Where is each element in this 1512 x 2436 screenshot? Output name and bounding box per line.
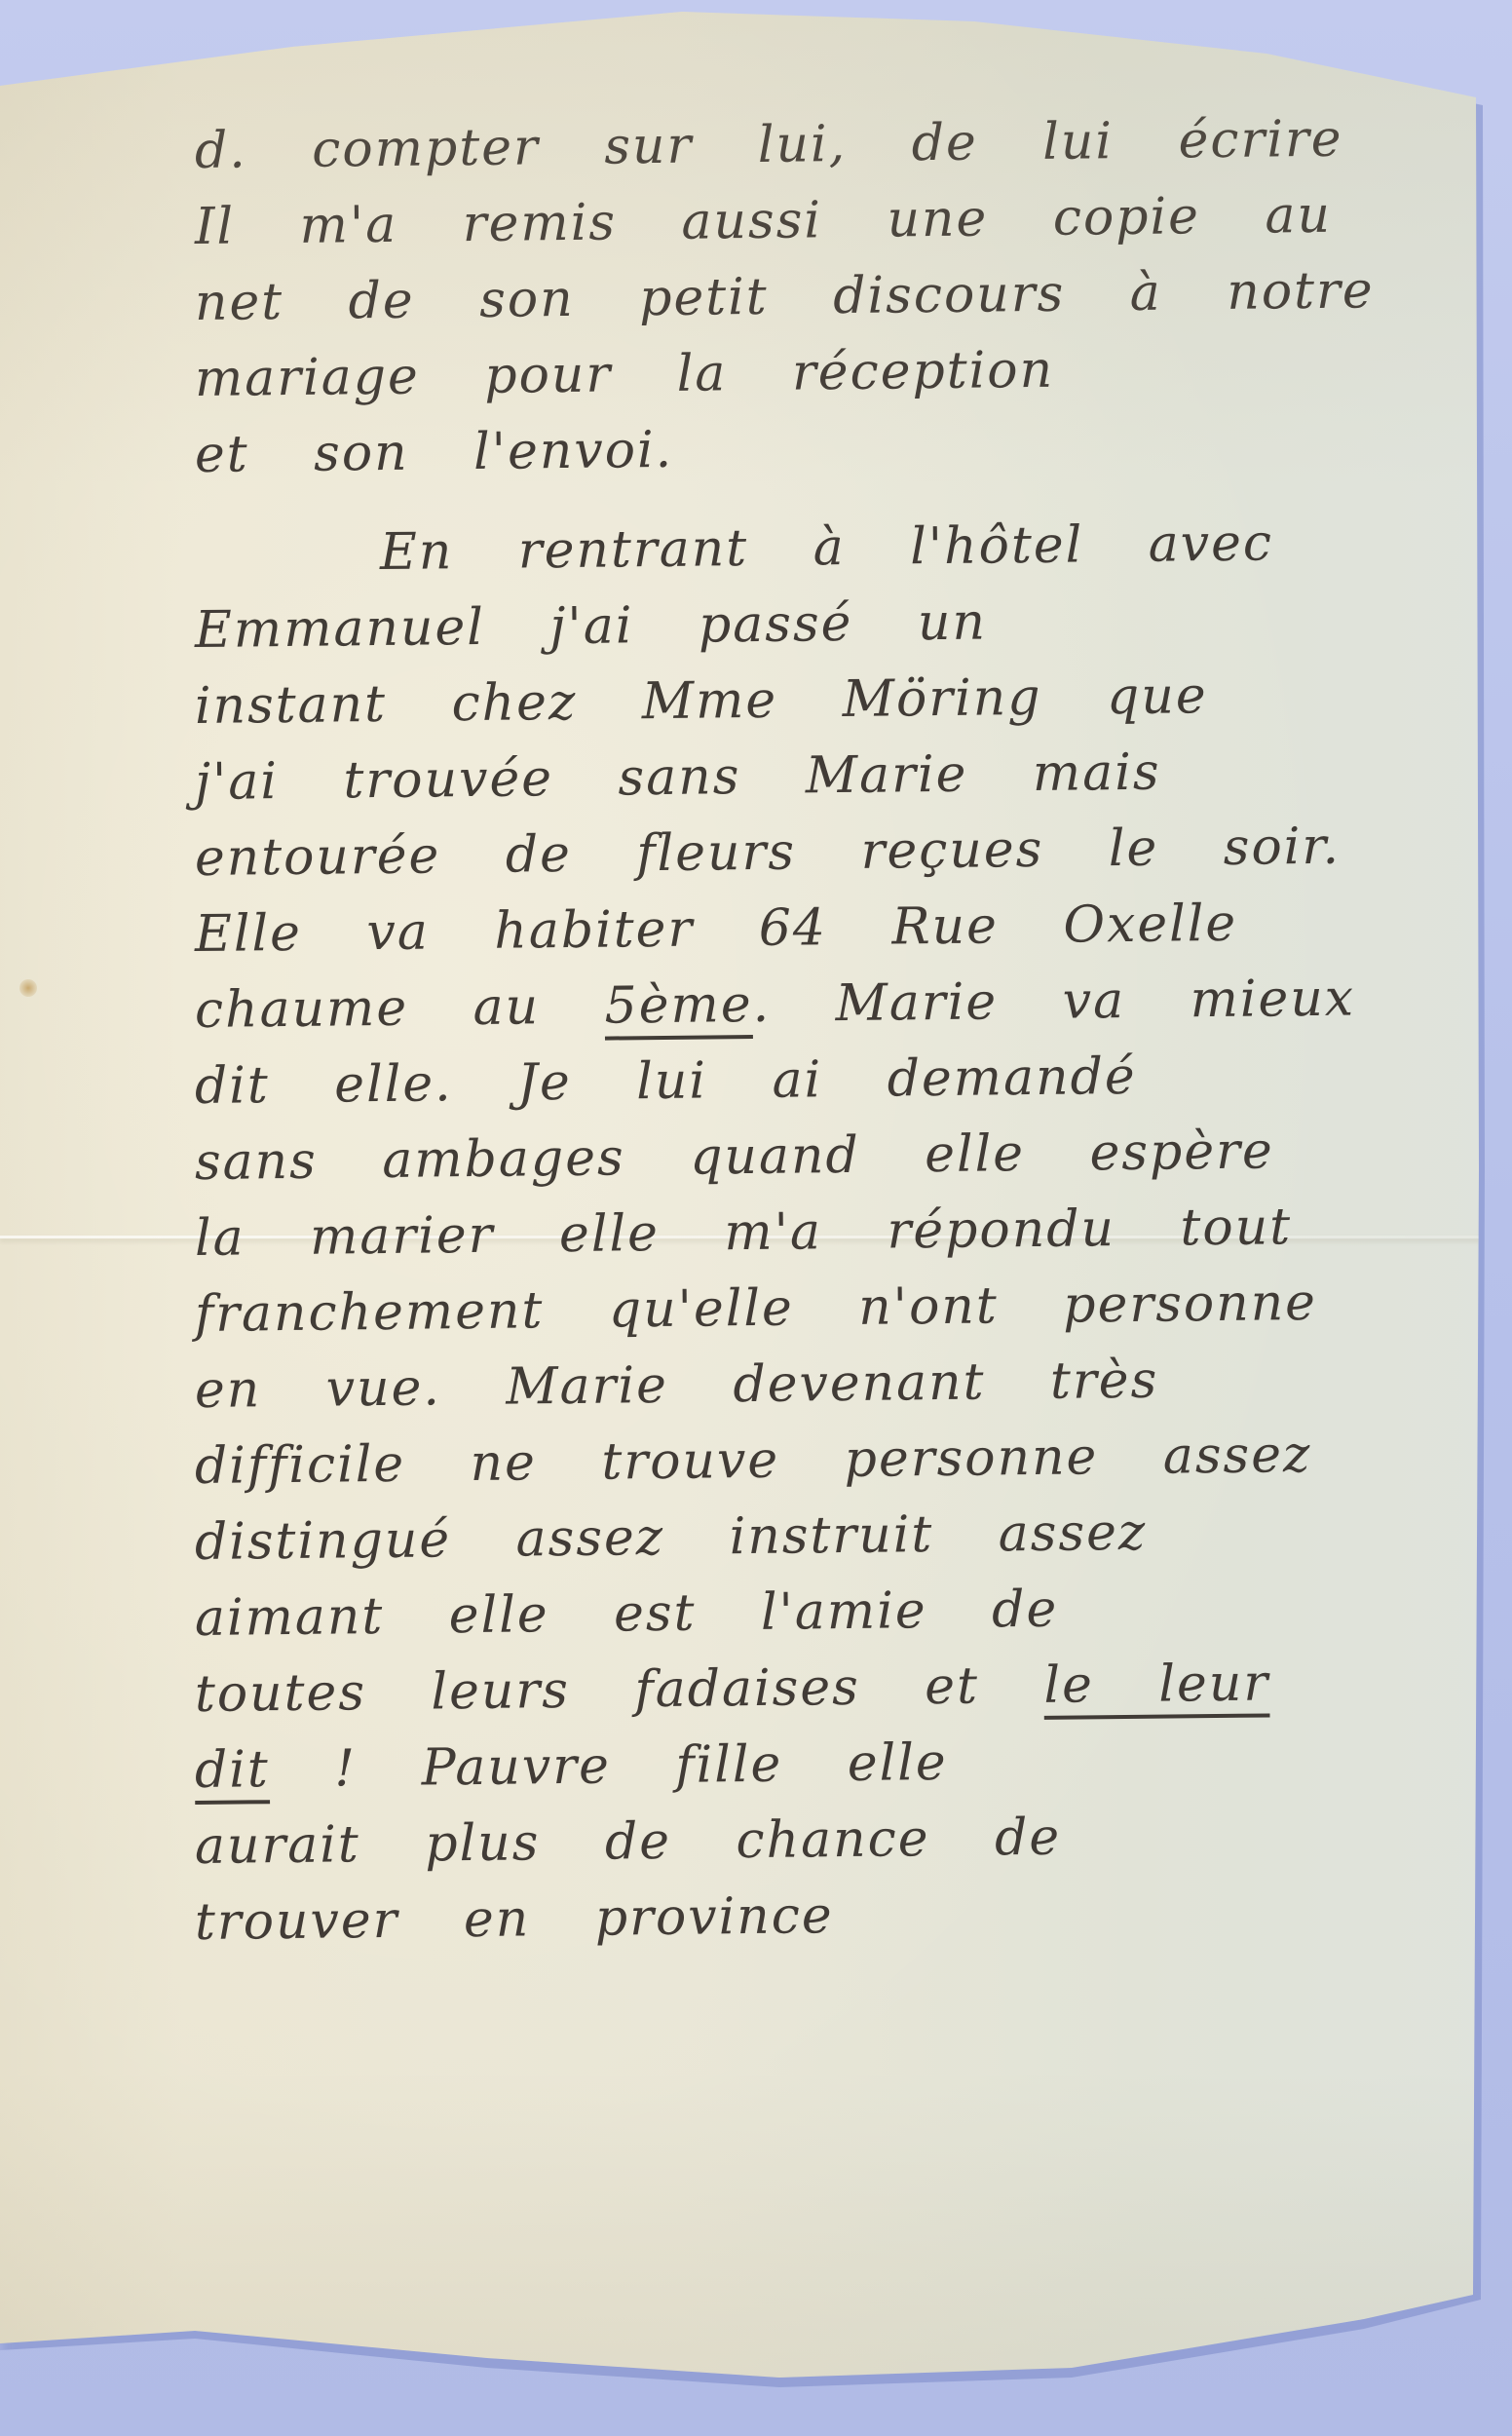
- text-line: j'ai trouvée sans Marie mais: [195, 740, 1462, 829]
- text-line: chaume au 5ème. Marie va mieux: [195, 968, 1462, 1057]
- text-line: dit ! Pauvre fille elle: [195, 1728, 1462, 1817]
- text-line: d. compter sur lui, de lui écrire: [195, 108, 1462, 198]
- ink-stain: [19, 979, 37, 997]
- text-line: Elle va habiter 64 Rue Oxelle: [195, 892, 1462, 981]
- underlined-text: dit: [195, 1740, 270, 1800]
- text-line: Il m'a remis aussi une copie au: [195, 184, 1462, 274]
- text-line: entourée de fleurs reçues le soir.: [195, 816, 1462, 905]
- text-line: distingué assez instruit assez: [195, 1500, 1462, 1589]
- handwritten-text: d. compter sur lui, de lui écrire Il m'a…: [195, 122, 1461, 1969]
- text-line: net de son petit discours à notre: [195, 260, 1462, 350]
- text-line: difficile ne trouve personne assez: [195, 1424, 1462, 1513]
- text-line: mariage pour la réception: [195, 336, 1462, 426]
- text-line: en vue. Marie devenant très: [195, 1348, 1462, 1437]
- underlined-text: le leur: [1043, 1654, 1269, 1714]
- text-line: et son l'envoi.: [195, 412, 1462, 502]
- text-line: toutes leurs fadaises et le leur: [195, 1652, 1462, 1741]
- text-segment: . Marie va mieux: [752, 970, 1355, 1034]
- text-line: sans ambages quand elle espère: [195, 1120, 1462, 1209]
- text-segment: chaume au: [195, 977, 605, 1040]
- paragraph-start-line: En rentrant à l'hôtel avec: [195, 512, 1462, 601]
- text-line: franchement qu'elle n'ont personne: [195, 1272, 1462, 1361]
- text-segment: toutes leurs fadaises et: [195, 1656, 1044, 1724]
- text-line: aimant elle est l'amie de: [195, 1576, 1462, 1665]
- letter-page: d. compter sur lui, de lui écrire Il m'a…: [0, 0, 1512, 2436]
- underlined-text: 5ème: [604, 975, 753, 1036]
- text-line: dit elle. Je lui ai demandé: [195, 1044, 1462, 1133]
- text-line: instant chez Mme Möring que: [195, 664, 1462, 753]
- text-line: aurait plus de chance de: [195, 1804, 1462, 1893]
- text-line: la marier elle m'a répondu tout: [195, 1196, 1462, 1285]
- text-segment: ! Pauvre fille elle: [269, 1733, 947, 1799]
- text-line: Emmanuel j'ai passé un: [195, 588, 1462, 677]
- text-line: trouver en province: [195, 1880, 1462, 1969]
